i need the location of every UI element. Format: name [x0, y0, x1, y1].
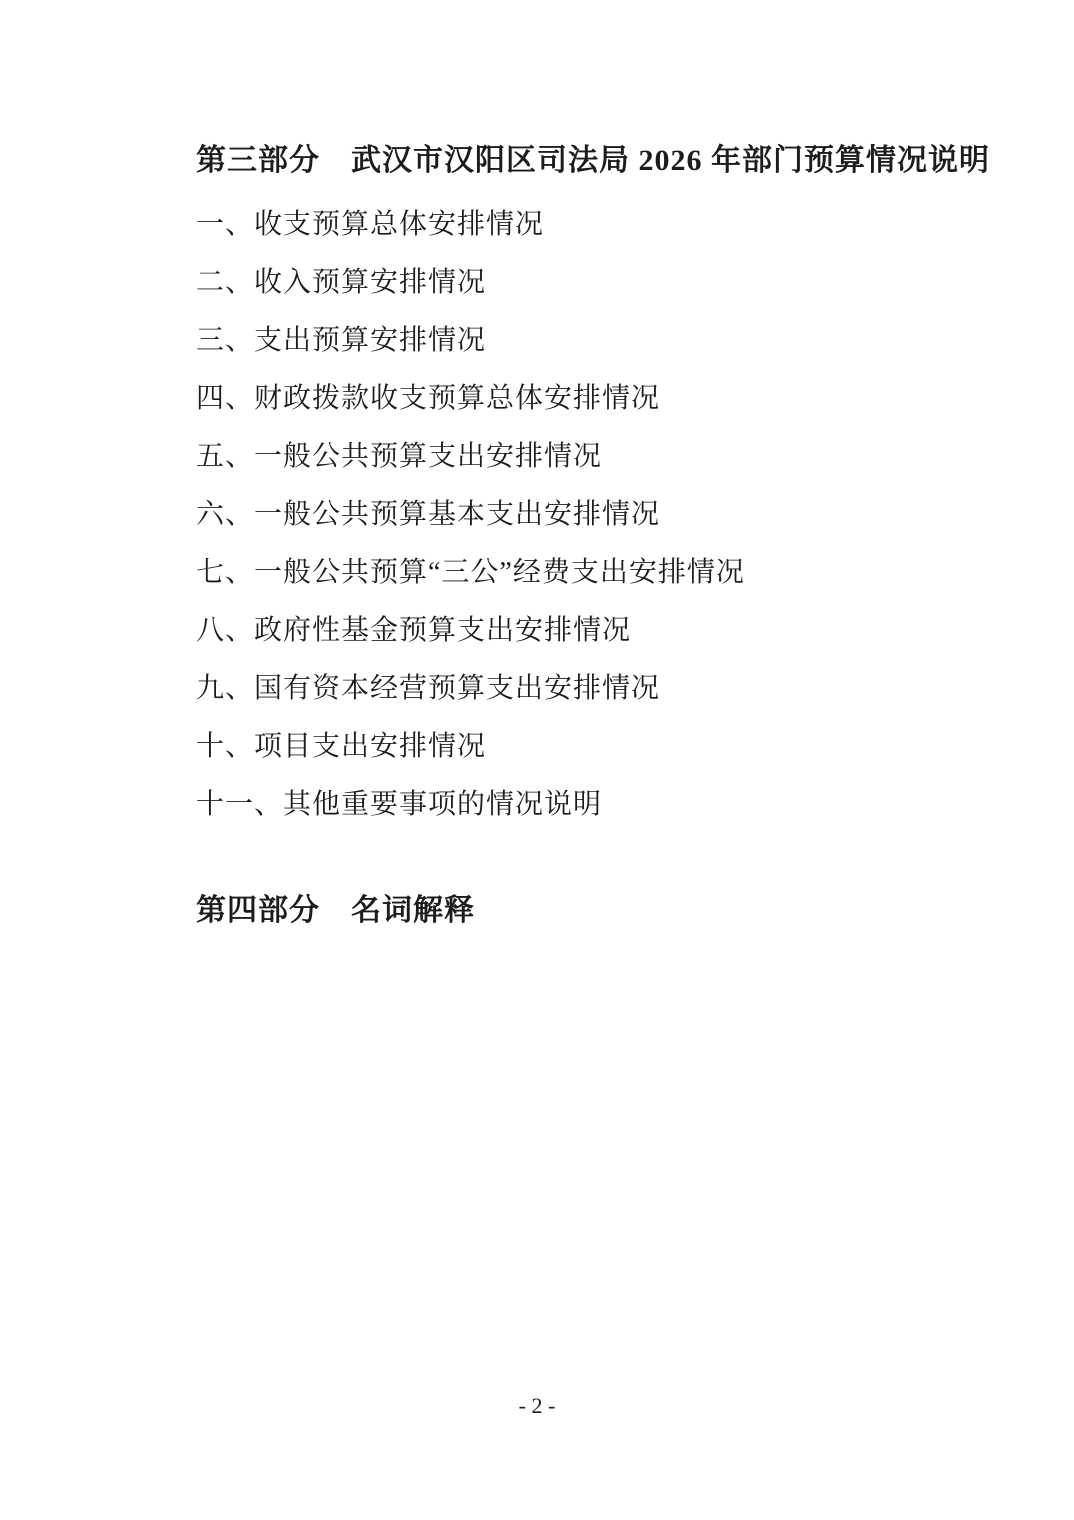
- toc-item: 十、项目支出安排情况: [196, 718, 954, 776]
- toc-list: 一、收支预算总体安排情况 二、收入预算安排情况 三、支出预算安排情况 四、财政拨…: [196, 196, 954, 834]
- toc-item: 八、政府性基金预算支出安排情况: [196, 602, 954, 660]
- document-content: 第三部分 武汉市汉阳区司法局 2026 年部门预算情况说明 一、收支预算总体安排…: [196, 143, 954, 940]
- toc-item: 二、收入预算安排情况: [196, 254, 954, 312]
- section4-title: 第四部分 名词解释: [196, 882, 954, 940]
- toc-item: 五、一般公共预算支出安排情况: [196, 428, 954, 486]
- document-page: 第三部分 武汉市汉阳区司法局 2026 年部门预算情况说明 一、收支预算总体安排…: [0, 0, 1074, 1520]
- toc-item: 一、收支预算总体安排情况: [196, 196, 954, 254]
- toc-item: 九、国有资本经营预算支出安排情况: [196, 660, 954, 718]
- section3-title: 第三部分 武汉市汉阳区司法局 2026 年部门预算情况说明: [196, 143, 954, 179]
- toc-item: 七、一般公共预算“三公”经费支出安排情况: [196, 544, 954, 602]
- toc-item: 十一、其他重要事项的情况说明: [196, 776, 954, 834]
- toc-item: 四、财政拨款收支预算总体安排情况: [196, 370, 954, 428]
- toc-item: 三、支出预算安排情况: [196, 312, 954, 370]
- toc-item: 六、一般公共预算基本支出安排情况: [196, 486, 954, 544]
- page-number: - 2 -: [0, 1392, 1074, 1420]
